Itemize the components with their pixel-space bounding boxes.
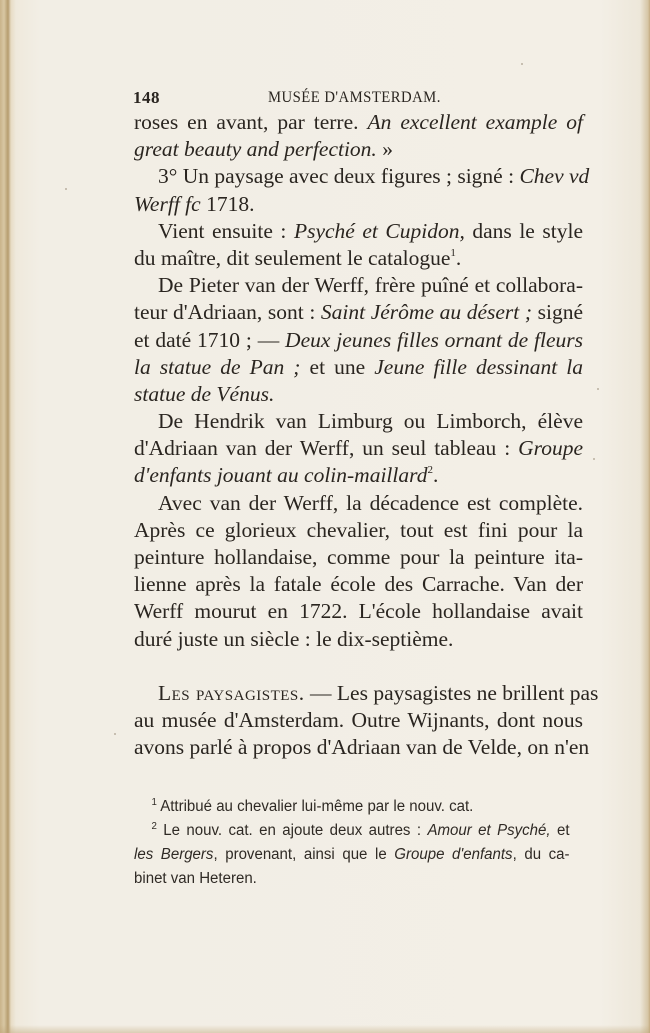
text-run: signé xyxy=(532,300,583,324)
text-run: Après ce glorieux chevalier, tout est fi… xyxy=(134,518,583,542)
italic-title: d'enfants jouant au colin-maillard xyxy=(134,463,427,487)
text-run: du maître, dit seulement le catalogue xyxy=(134,246,450,270)
page-number: 148 xyxy=(133,88,160,108)
italic-title: Amour et Psyché, xyxy=(427,822,550,839)
text-run: Attribué au chevalier lui-même par le no… xyxy=(157,798,473,815)
paper-speck xyxy=(521,63,523,65)
paper-speck xyxy=(593,458,595,460)
text-run: , provenant, ainsi que le xyxy=(213,846,394,863)
text-run: » xyxy=(377,137,393,161)
italic-title: Groupe xyxy=(518,436,583,460)
text-run: peinture hollandaise, comme pour la pein… xyxy=(134,545,583,569)
italic-title: Saint Jérôme au désert ; xyxy=(321,300,532,324)
text-run: binet van Heteren. xyxy=(134,870,257,887)
italic-title: Chev vd xyxy=(519,164,589,188)
italic-title: la statue de Pan ; xyxy=(134,355,300,379)
page-header: 148 MUSÉE D'AMSTERDAM. xyxy=(133,88,583,110)
italic-title: Werff fc xyxy=(134,192,201,216)
italic-title: An excellent example of xyxy=(367,110,583,134)
paper-speck xyxy=(114,733,116,735)
paper-speck xyxy=(597,388,599,390)
body-paragraphs: roses en avant, par terre. An excellent … xyxy=(134,109,583,653)
text-line: Werff fc 1718. xyxy=(134,191,583,218)
text-line: la statue de Pan ; et une Jeune fille de… xyxy=(134,354,583,381)
text-line: peinture hollandaise, comme pour la pein… xyxy=(134,544,583,571)
text-line: Werff mourut en 1722. L'école hollandais… xyxy=(134,598,583,625)
text-run: 3° Un paysage avec deux figures ; signé … xyxy=(158,164,519,188)
text-line: d'Adriaan van der Werff, un seul tableau… xyxy=(134,435,583,462)
italic-title: Deux jeunes filles ornant de fleurs xyxy=(285,328,583,352)
text-line: De Pieter van der Werff, frère puîné et … xyxy=(134,272,583,299)
italic-title: Groupe d'enfants xyxy=(394,846,512,863)
text-run: d'Adriaan van der Werff, un seul tableau… xyxy=(134,436,518,460)
text-run: . xyxy=(433,463,438,487)
text-line: roses en avant, par terre. An excellent … xyxy=(134,109,583,136)
text-line: les Bergers, provenant, ainsi que le Gro… xyxy=(134,843,570,867)
text-run: Avec van der Werff, la décadence est com… xyxy=(158,491,583,515)
text-run: lienne après la fatale école des Carrach… xyxy=(134,572,583,596)
text-line: De Hendrik van Limburg ou Limborch, élèv… xyxy=(134,408,583,435)
book-page: 148 MUSÉE D'AMSTERDAM. roses en avant, p… xyxy=(0,0,650,1033)
text-run: De Pieter van der Werff, frère puîné et … xyxy=(158,273,583,297)
section-gap xyxy=(134,653,583,680)
text-line: duré juste un siècle : le dix-septième. xyxy=(134,626,583,653)
text-line: au musée d'Amsterdam. Outre Wijnants, do… xyxy=(134,707,583,734)
italic-title: great beauty and perfection. xyxy=(134,137,377,161)
text-line: lienne après la fatale école des Carrach… xyxy=(134,571,583,598)
body-text: roses en avant, par terre. An excellent … xyxy=(134,109,583,761)
italic-title: Jeune fille dessinant la xyxy=(374,355,583,379)
italic-title: Psyché et Cupidon, xyxy=(294,219,465,243)
text-line: teur d'Adriaan, sont : Saint Jérôme au d… xyxy=(134,299,583,326)
text-run: teur d'Adriaan, sont : xyxy=(134,300,321,324)
text-run: 1718. xyxy=(201,192,255,216)
text-line: Avec van der Werff, la décadence est com… xyxy=(134,490,583,517)
text-line: avons parlé à propos d'Adriaan van de Ve… xyxy=(134,734,583,761)
italic-title: statue de Vénus. xyxy=(134,382,274,406)
footnotes: 1 Attribué au chevalier lui-même par le … xyxy=(134,795,583,891)
text-run: avons parlé à propos d'Adriaan van de Ve… xyxy=(134,735,589,759)
text-run: De Hendrik van Limburg ou Limborch, élèv… xyxy=(158,409,583,433)
text-run: et une xyxy=(300,355,374,379)
text-run: et xyxy=(551,822,570,839)
text-run: et daté 1710 ; — xyxy=(134,328,285,352)
running-head: MUSÉE D'AMSTERDAM. xyxy=(268,89,441,107)
text-line: 1 Attribué au chevalier lui-même par le … xyxy=(134,795,570,819)
text-line: Les paysagistes. — Les paysagistes ne br… xyxy=(134,680,583,707)
text-run: Werff mourut en 1722. L'école hollandais… xyxy=(134,599,583,623)
text-line: great beauty and perfection. » xyxy=(134,136,583,163)
footnote-list: 1 Attribué au chevalier lui-même par le … xyxy=(134,795,583,891)
text-line: et daté 1710 ; — Deux jeunes filles orna… xyxy=(134,327,583,354)
text-run: Le nouv. cat. en ajoute deux autres : xyxy=(157,822,428,839)
text-run: duré juste un siècle : le dix-septième. xyxy=(134,627,453,651)
text-line: binet van Heteren. xyxy=(134,867,570,891)
text-line: 3° Un paysage avec deux figures ; signé … xyxy=(134,163,583,190)
paper-speck xyxy=(65,188,67,190)
text-run: roses en avant, par terre. xyxy=(134,110,367,134)
text-line: du maître, dit seulement le catalogue1. xyxy=(134,245,583,272)
text-run: au musée d'Amsterdam. Outre Wijnants, do… xyxy=(134,708,583,732)
text-run: . xyxy=(456,246,461,270)
section-heading: Les paysagistes. xyxy=(158,681,305,705)
text-line: 2 Le nouv. cat. en ajoute deux autres : … xyxy=(134,819,570,843)
text-run: , du ca- xyxy=(513,846,570,863)
text-run: dans le style xyxy=(465,219,583,243)
text-run: — Les paysagistes ne brillent pas xyxy=(305,681,599,705)
section-paysagistes: Les paysagistes. — Les paysagistes ne br… xyxy=(134,680,583,762)
text-line: statue de Vénus. xyxy=(134,381,583,408)
text-line: Vient ensuite : Psyché et Cupidon, dans … xyxy=(134,218,583,245)
italic-title: les Bergers xyxy=(134,846,213,863)
text-line: Après ce glorieux chevalier, tout est fi… xyxy=(134,517,583,544)
text-run: Vient ensuite : xyxy=(158,219,294,243)
text-line: d'enfants jouant au colin-maillard2. xyxy=(134,462,583,489)
